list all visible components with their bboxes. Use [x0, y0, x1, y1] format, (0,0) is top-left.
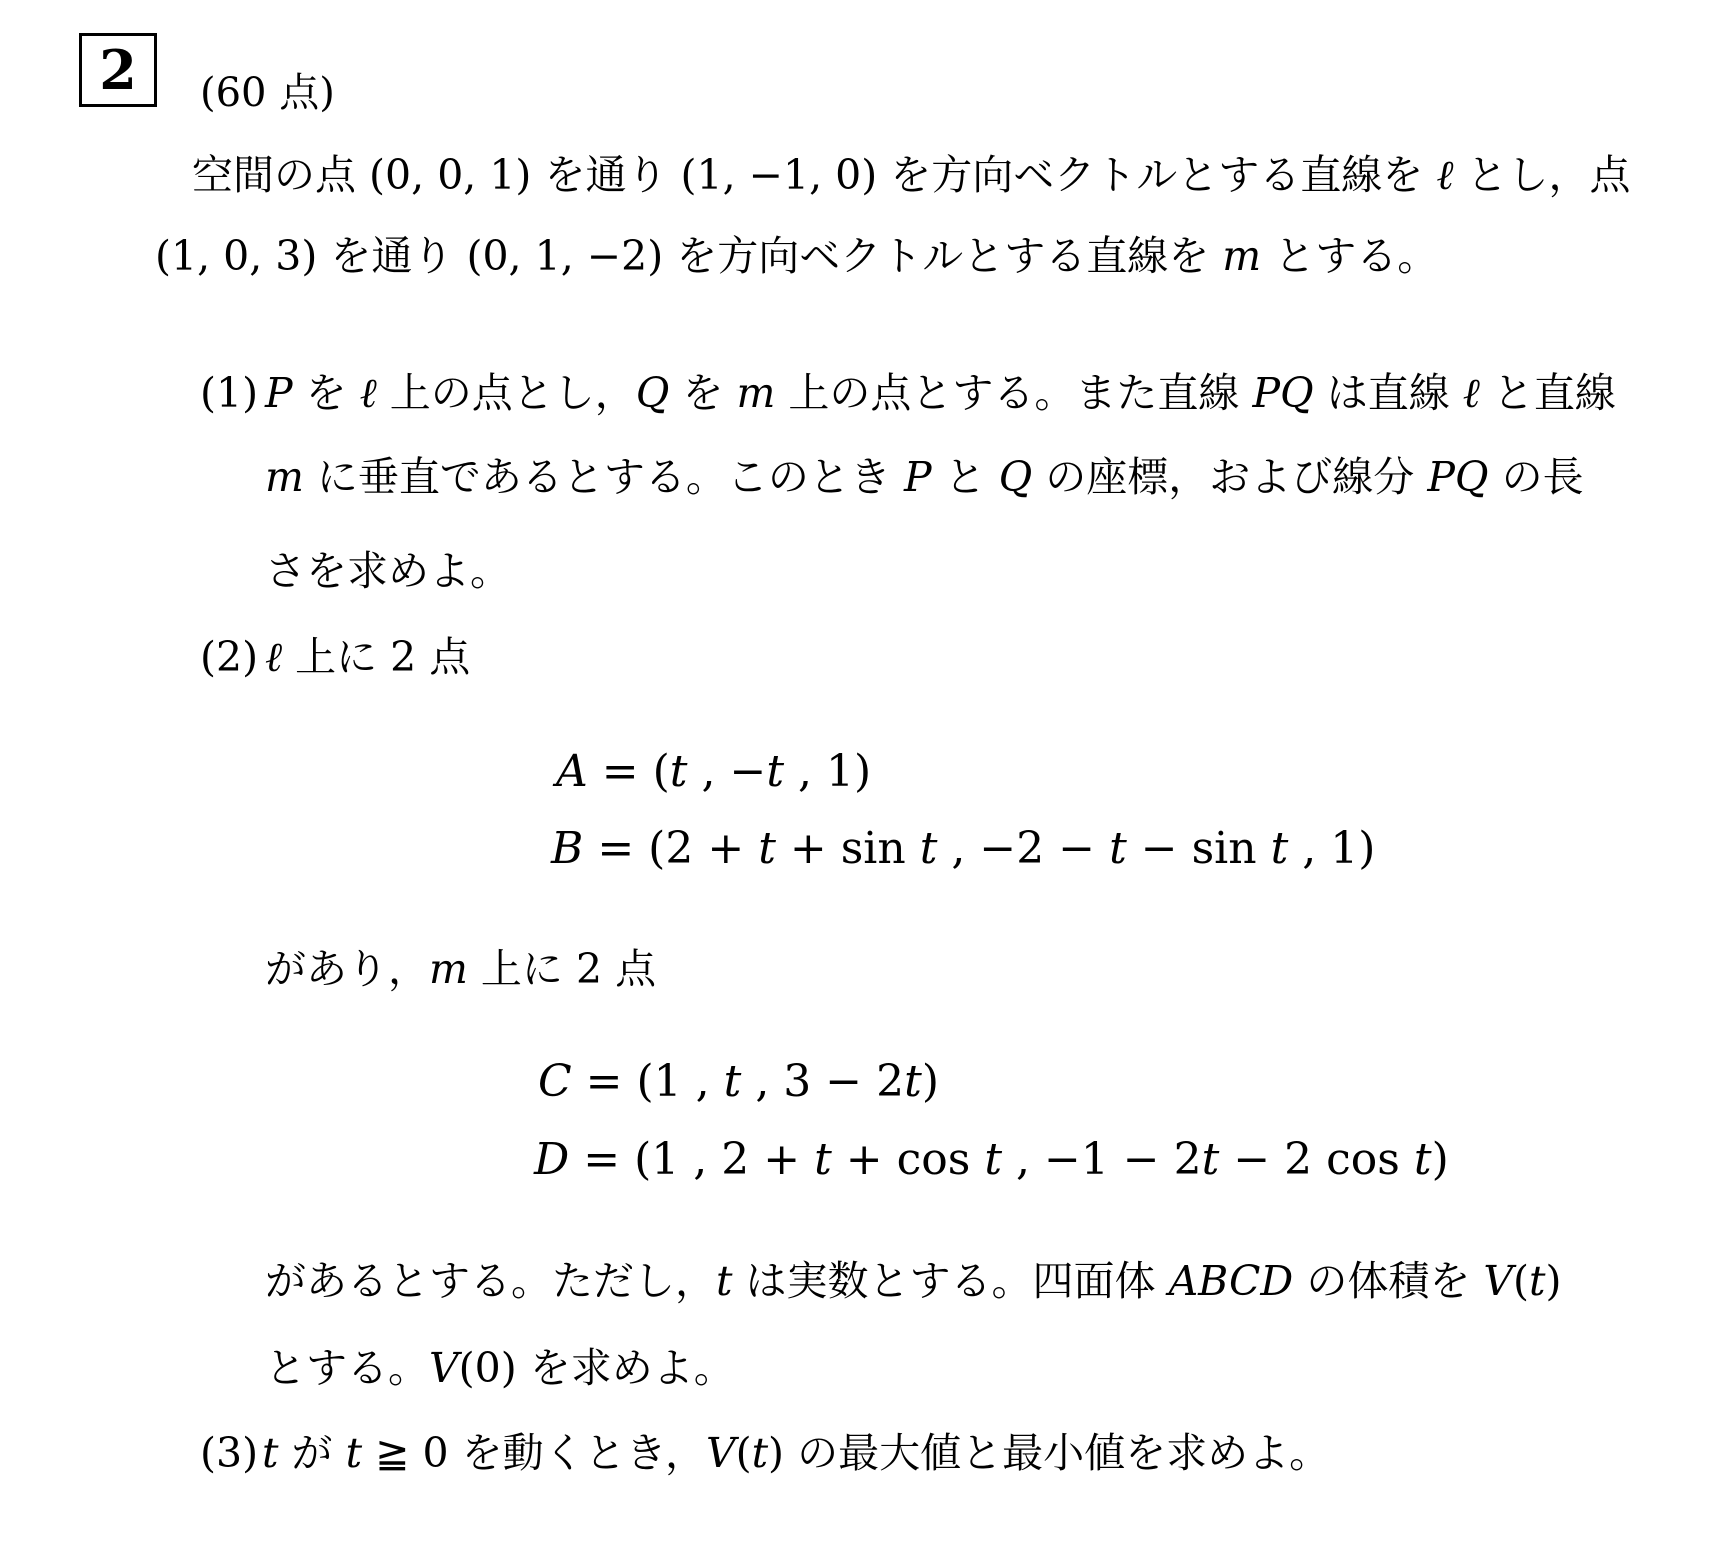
equation-B: B = (2 + t + sin t , −2 − t − sin t , 1)	[551, 821, 1375, 876]
item-2-heading: ℓ 上に 2 点	[265, 632, 470, 683]
item-2-marker: (2)	[200, 632, 258, 683]
points-label: (60 点)	[200, 68, 335, 118]
intro-line-2: (1, 0, 3) を通り (0, 1, −2) を方向ベクトルとする直線を m…	[155, 231, 1438, 282]
item-1-line-2: m に垂直であるとする。このとき P と Q の座標，および線分 PQ の長	[265, 452, 1584, 503]
item-2-middle: があり，m 上に 2 点	[265, 944, 656, 995]
item-3-marker: (3)	[200, 1428, 258, 1479]
question-number: 2	[99, 43, 137, 97]
item-1-marker: (1)	[200, 368, 258, 419]
equation-A: A = (t , −t , 1)	[556, 744, 871, 799]
equation-C: C = (1 , t , 3 − 2t)	[538, 1054, 939, 1109]
item-1-line-3: さを求めよ。	[265, 546, 511, 597]
exam-page: 2 (60 点) 空間の点 (0, 0, 1) を通り (1, −1, 0) を…	[0, 0, 1714, 1552]
item-1-line-1: P を ℓ 上の点とし，Q を m 上の点とする。また直線 PQ は直線 ℓ と…	[265, 368, 1616, 419]
question-number-box: 2	[79, 33, 157, 107]
item-3-line: t が t ≧ 0 を動くとき，V(t) の最大値と最小値を求めよ。	[262, 1428, 1330, 1479]
item-2-closing-1: があるとする。ただし，t は実数とする。四面体 ABCD の体積を V(t)	[265, 1256, 1561, 1307]
item-2-closing-2: とする。V(0) を求めよ。	[265, 1343, 735, 1394]
equation-D: D = (1 , 2 + t + cos t , −1 − 2t − 2 cos…	[534, 1132, 1449, 1187]
intro-line-1: 空間の点 (0, 0, 1) を通り (1, −1, 0) を方向ベクトルとする…	[192, 150, 1630, 201]
